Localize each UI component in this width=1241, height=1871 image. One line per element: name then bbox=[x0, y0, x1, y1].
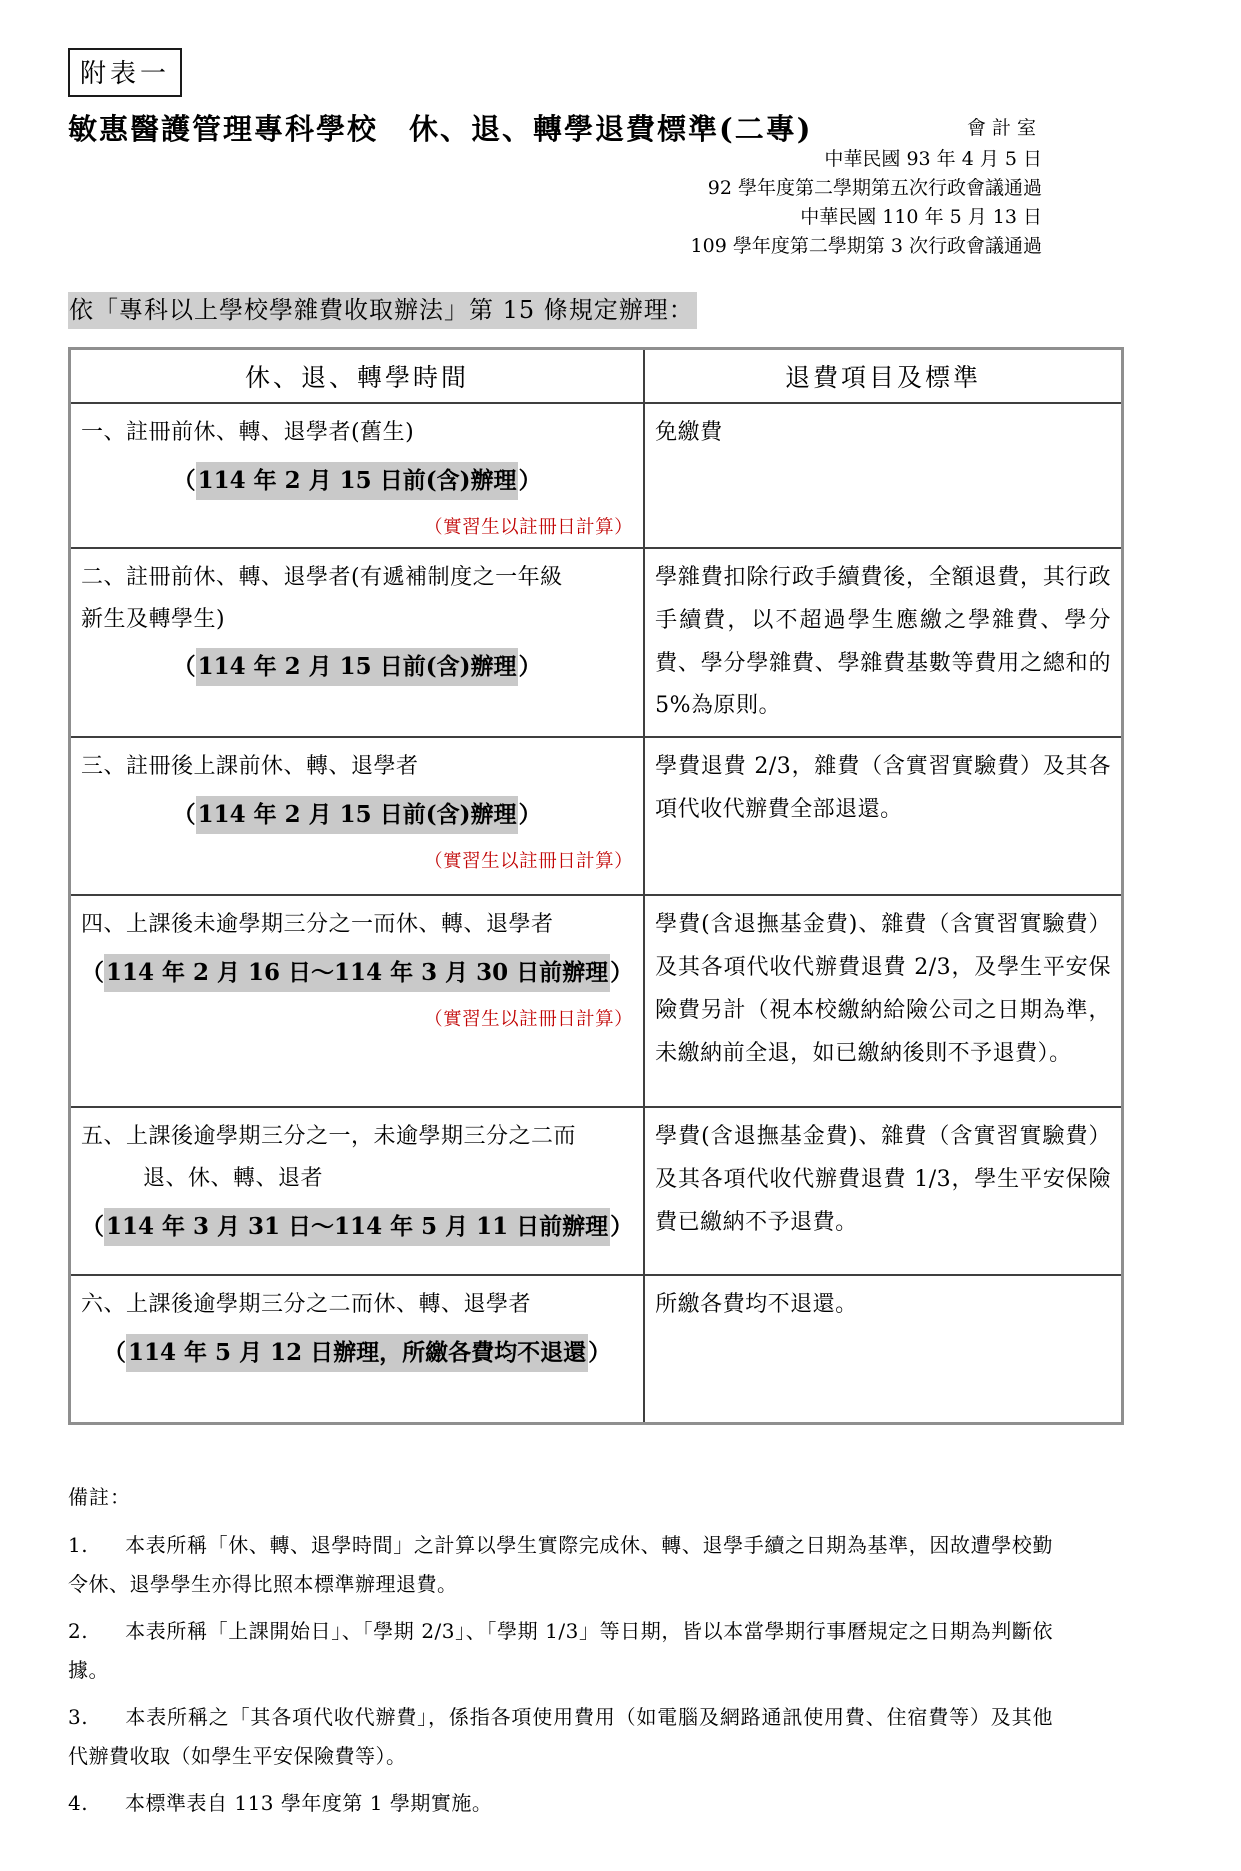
table-row-3: 三、註冊後上課前休、轉、退學者 （114 年 2 月 15 日前(含)辦理） （… bbox=[70, 737, 1123, 895]
note-text: 本標準表自 113 學年度第 1 學期實施。 bbox=[125, 1791, 492, 1815]
table-row-5: 五、上課後逾學期三分之一，未逾學期三分之二而 退、休、轉、退者 （114 年 3… bbox=[70, 1107, 1123, 1275]
notes-title: 備註： bbox=[68, 1481, 1053, 1510]
time-cell: 三、註冊後上課前休、轉、退學者 （114 年 2 月 15 日前(含)辦理） （… bbox=[70, 737, 645, 895]
paren-close: ） bbox=[610, 1213, 633, 1240]
table-row-6: 六、上課後逾學期三分之二而休、轉、退學者 （114 年 5 月 12 日辦理，所… bbox=[70, 1275, 1123, 1423]
note-number: 2. bbox=[68, 1612, 125, 1651]
row-date-line: （114 年 3 月 31 日～114 年 5 月 11 日前辦理） bbox=[81, 1206, 633, 1249]
refund-text: 所繳各費均不退還。 bbox=[655, 1284, 1111, 1327]
refund-standards-table: 休、退、轉學時間 退費項目及標準 一、註冊前休、轉、退學者(舊生) （114 年… bbox=[68, 347, 1124, 1424]
paren-open: （ bbox=[81, 959, 104, 986]
appendix-tag-box: 附表一 bbox=[68, 48, 182, 97]
approval-line: 92 學年度第二學期第五次行政會議通過 bbox=[68, 174, 1042, 203]
paren-close: ） bbox=[518, 467, 541, 494]
page-title: 敏惠醫護管理專科學校 休、退、轉學退費標準(二專) bbox=[68, 107, 1241, 148]
approval-line: 中華民國 93 年 4 月 5 日 bbox=[68, 145, 1042, 174]
approval-line: 中華民國 110 年 5 月 13 日 bbox=[68, 203, 1042, 232]
table-row-4: 四、上課後未逾學期三分之一而休、轉、退學者 （114 年 2 月 16 日～11… bbox=[70, 895, 1123, 1107]
refund-text: 學費退費 2/3，雜費（含實習實驗費）及其各項代收代辦費全部退還。 bbox=[655, 746, 1111, 832]
note-item: 3.本表所稱之「其各項代收代辦費」，係指各項使用費用（如電腦及網路通訊使用費、住… bbox=[68, 1698, 1053, 1776]
note-item: 1.本表所稱「休、轉、退學時間」之計算以學生實際完成休、轉、退學手續之日期為基準… bbox=[68, 1526, 1053, 1604]
refund-cell: 所繳各費均不退還。 bbox=[644, 1275, 1122, 1423]
time-cell: 一、註冊前休、轉、退學者(舊生) （114 年 2 月 15 日前(含)辦理） … bbox=[70, 403, 645, 547]
row-item-text: 五、上課後逾學期三分之一，未逾學期三分之二而 bbox=[81, 1116, 633, 1158]
refund-text: 學費(含退撫基金費)、雜費（含實習實驗費）及其各項代收代辦費退費 2/3，及學生… bbox=[655, 904, 1111, 1076]
paren-close: ） bbox=[518, 653, 541, 680]
row-date-highlight: 114 年 2 月 16 日～114 年 3 月 30 日前辦理 bbox=[104, 954, 610, 992]
row-item-text: 二、註冊前休、轉、退學者(有遞補制度之一年級 bbox=[81, 557, 633, 599]
col-header-time: 休、退、轉學時間 bbox=[70, 349, 645, 404]
row-date-highlight: 114 年 2 月 15 日前(含)辦理 bbox=[196, 796, 519, 834]
time-cell: 四、上課後未逾學期三分之一而休、轉、退學者 （114 年 2 月 16 日～11… bbox=[70, 895, 645, 1107]
refund-text: 學雜費扣除行政手續費後，全額退費，其行政手續費，以不超過學生應繳之學雜費、學分費… bbox=[655, 557, 1111, 729]
note-number: 3. bbox=[68, 1698, 125, 1737]
row-date-highlight: 114 年 3 月 31 日～114 年 5 月 11 日前辦理 bbox=[104, 1208, 610, 1246]
row-item-text-line2: 新生及轉學生) bbox=[81, 599, 633, 641]
refund-cell: 學雜費扣除行政手續費後，全額退費，其行政手續費，以不超過學生應繳之學雜費、學分費… bbox=[644, 548, 1122, 738]
note-number: 1. bbox=[68, 1526, 125, 1565]
note-item: 4.本標準表自 113 學年度第 1 學期實施。 bbox=[68, 1784, 1053, 1823]
row-date-highlight: 114 年 2 月 15 日前(含)辦理 bbox=[196, 462, 519, 500]
note-number: 4. bbox=[68, 1784, 125, 1823]
intern-note: （實習生以註冊日計算） bbox=[81, 1005, 633, 1031]
row-date-line: （114 年 2 月 16 日～114 年 3 月 30 日前辦理） bbox=[81, 952, 633, 995]
intro-line: 依「專科以上學校學雜費收取辦法」第 15 條規定辦理： bbox=[68, 290, 1241, 325]
paren-open: （ bbox=[173, 653, 196, 680]
paren-open: （ bbox=[173, 801, 196, 828]
row-item-text-line2: 退、休、轉、退者 bbox=[81, 1158, 633, 1200]
time-cell: 五、上課後逾學期三分之一，未逾學期三分之二而 退、休、轉、退者 （114 年 3… bbox=[70, 1107, 645, 1275]
table-header-row: 休、退、轉學時間 退費項目及標準 bbox=[70, 349, 1123, 404]
refund-cell: 學費(含退撫基金費)、雜費（含實習實驗費）及其各項代收代辦費退費 2/3，及學生… bbox=[644, 895, 1122, 1107]
note-item: 2.本表所稱「上課開始日」、「學期 2/3」、「學期 1/3」等日期，皆以本當學… bbox=[68, 1612, 1053, 1690]
refund-cell: 學費退費 2/3，雜費（含實習實驗費）及其各項代收代辦費全部退還。 bbox=[644, 737, 1122, 895]
refund-text: 學費(含退撫基金費)、雜費（含實習實驗費）及其各項代收代辦費退費 1/3，學生平… bbox=[655, 1116, 1111, 1245]
paren-close: ） bbox=[588, 1339, 611, 1366]
appendix-tag-label: 附表一 bbox=[80, 59, 170, 89]
paren-open: （ bbox=[173, 467, 196, 494]
row-date-highlight: 114 年 2 月 15 日前(含)辦理 bbox=[196, 648, 519, 686]
row-item-text: 一、註冊前休、轉、退學者(舊生) bbox=[81, 412, 633, 454]
paren-close: ） bbox=[610, 959, 633, 986]
notes-section: 備註： 1.本表所稱「休、轉、退學時間」之計算以學生實際完成休、轉、退學手續之日… bbox=[68, 1481, 1053, 1823]
paren-close: ） bbox=[518, 801, 541, 828]
row-item-text: 四、上課後未逾學期三分之一而休、轉、退學者 bbox=[81, 904, 633, 946]
row-date-highlight: 114 年 5 月 12 日辦理，所繳各費均不退還 bbox=[126, 1334, 588, 1372]
table-row-1: 一、註冊前休、轉、退學者(舊生) （114 年 2 月 15 日前(含)辦理） … bbox=[70, 403, 1123, 547]
paren-open: （ bbox=[103, 1339, 126, 1366]
note-text: 本表所稱之「其各項代收代辦費」，係指各項使用費用（如電腦及網路通訊使用費、住宿費… bbox=[68, 1705, 1053, 1768]
time-cell: 六、上課後逾學期三分之二而休、轉、退學者 （114 年 5 月 12 日辦理，所… bbox=[70, 1275, 645, 1423]
refund-cell: 免繳費 bbox=[644, 403, 1122, 547]
refund-text: 免繳費 bbox=[655, 412, 1111, 455]
time-cell: 二、註冊前休、轉、退學者(有遞補制度之一年級 新生及轉學生) （114 年 2 … bbox=[70, 548, 645, 738]
intro-highlight-text: 依「專科以上學校學雜費收取辦法」第 15 條規定辦理： bbox=[68, 292, 697, 329]
row-date-line: （114 年 2 月 15 日前(含)辦理） bbox=[81, 646, 633, 689]
table-row-2: 二、註冊前休、轉、退學者(有遞補制度之一年級 新生及轉學生) （114 年 2 … bbox=[70, 548, 1123, 738]
intern-note: （實習生以註冊日計算） bbox=[81, 513, 633, 539]
row-date-line: （114 年 2 月 15 日前(含)辦理） bbox=[81, 460, 633, 503]
row-date-line: （114 年 2 月 15 日前(含)辦理） bbox=[81, 794, 633, 837]
intern-note: （實習生以註冊日計算） bbox=[81, 847, 633, 873]
note-text: 本表所稱「休、轉、退學時間」之計算以學生實際完成休、轉、退學手續之日期為基準，因… bbox=[68, 1533, 1053, 1596]
row-date-line: （114 年 5 月 12 日辦理，所繳各費均不退還） bbox=[81, 1332, 633, 1375]
document-page: 附表一 敏惠醫護管理專科學校 休、退、轉學退費標準(二專) 會計室 中華民國 9… bbox=[0, 0, 1241, 1871]
paren-open: （ bbox=[81, 1213, 104, 1240]
row-item-text: 六、上課後逾學期三分之二而休、轉、退學者 bbox=[81, 1284, 633, 1326]
row-item-text: 三、註冊後上課前休、轉、退學者 bbox=[81, 746, 633, 788]
note-text: 本表所稱「上課開始日」、「學期 2/3」、「學期 1/3」等日期，皆以本當學期行… bbox=[68, 1619, 1053, 1682]
approval-line: 109 學年度第二學期第 3 次行政會議通過 bbox=[68, 232, 1042, 261]
col-header-refund: 退費項目及標準 bbox=[644, 349, 1122, 404]
refund-cell: 學費(含退撫基金費)、雜費（含實習實驗費）及其各項代收代辦費退費 1/3，學生平… bbox=[644, 1107, 1122, 1275]
